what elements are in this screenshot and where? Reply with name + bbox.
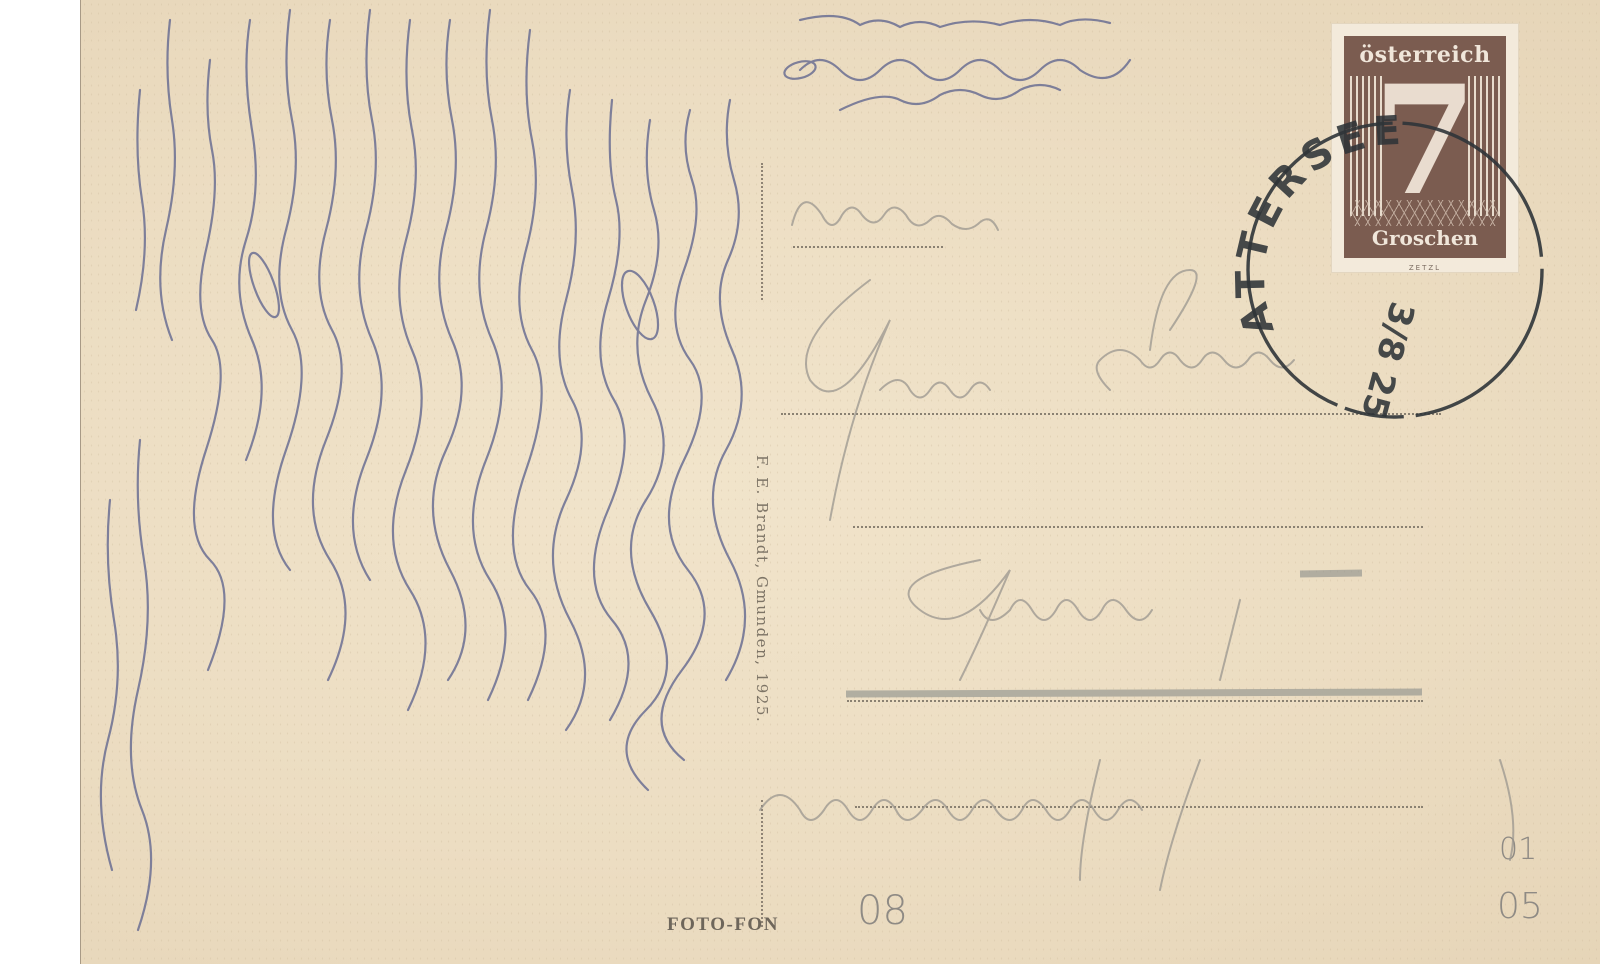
upside-down-note bbox=[782, 16, 1130, 110]
address-ink-smudge bbox=[846, 573, 1422, 694]
message-handwriting bbox=[101, 10, 745, 930]
handwriting-overlay: ATTERSEE 3/8 25 bbox=[0, 0, 1600, 964]
postmark-date: 3/8 25 bbox=[1353, 298, 1422, 423]
